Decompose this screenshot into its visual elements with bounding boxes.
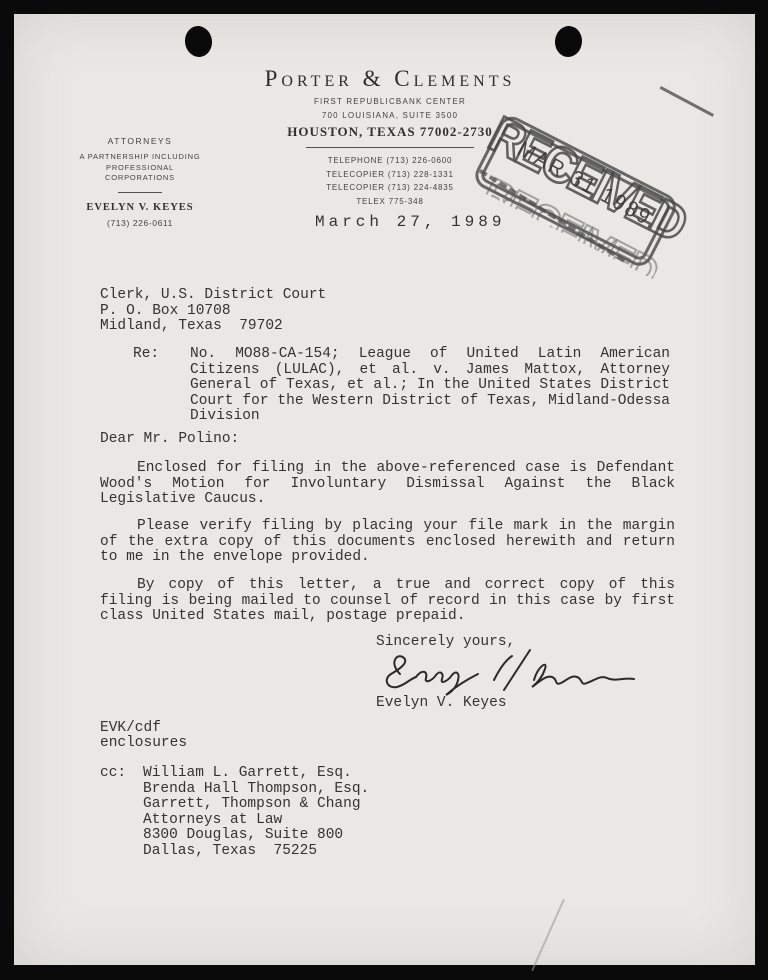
letterhead-divider bbox=[306, 147, 474, 148]
body-paragraph-1: Enclosed for filing in the above-referen… bbox=[100, 461, 675, 508]
cc-line: William L. Garrett, Esq. bbox=[143, 766, 369, 782]
letterhead-building: FIRST REPUBLICBANK CENTER bbox=[260, 97, 520, 106]
letter-date: March 27, 1989 bbox=[315, 215, 505, 231]
letterhead-street: 700 LOUISIANA, SUITE 3500 bbox=[260, 111, 520, 120]
recipient-line: Midland, Texas 79702 bbox=[100, 319, 326, 335]
punch-hole-left bbox=[183, 24, 214, 58]
cc-line: Dallas, Texas 75225 bbox=[143, 844, 369, 860]
body-paragraph-2: Please verify filing by placing your fil… bbox=[100, 519, 675, 566]
re-subject-text: No. MO88-CA-154; League of United Latin … bbox=[190, 347, 670, 425]
recipient-address: Clerk, U.S. District Court P. O. Box 107… bbox=[100, 288, 326, 335]
letterhead-left-block: ATTORNEYS A PARTNERSHIP INCLUDING PROFES… bbox=[70, 136, 210, 228]
cc-recipient-list: William L. Garrett, Esq. Brenda Hall Tho… bbox=[143, 766, 369, 859]
cc-line: Brenda Hall Thompson, Esq. bbox=[143, 782, 369, 798]
left-block-divider bbox=[118, 192, 162, 193]
salutation: Dear Mr. Polino: bbox=[100, 432, 239, 448]
cc-label: cc: bbox=[100, 766, 126, 782]
letter-page: Porter & Clements FIRST REPUBLICBANK CEN… bbox=[14, 14, 755, 965]
cc-line: Attorneys at Law bbox=[143, 813, 369, 829]
signer-typed-name: Evelyn V. Keyes bbox=[376, 696, 507, 712]
letterhead-telex: TELEX 775-348 bbox=[260, 195, 520, 209]
partnership-line-2: PROFESSIONAL CORPORATIONS bbox=[70, 163, 210, 183]
handwritten-signature bbox=[376, 646, 644, 698]
cc-line: 8300 Douglas, Suite 800 bbox=[143, 828, 369, 844]
stamp-solid-line bbox=[660, 86, 714, 117]
firm-name: Porter & Clements bbox=[260, 66, 520, 92]
paper-crease bbox=[531, 899, 564, 971]
attorney-name: EVELYN V. KEYES bbox=[70, 202, 210, 213]
punch-hole-right bbox=[553, 25, 583, 59]
cc-line: Garrett, Thompson & Chang bbox=[143, 797, 369, 813]
recipient-line: Clerk, U.S. District Court bbox=[100, 288, 326, 304]
letterhead-city: HOUSTON, TEXAS 77002-2730 bbox=[260, 124, 520, 140]
enclosures-line: enclosures bbox=[100, 736, 187, 752]
attorneys-label: ATTORNEYS bbox=[70, 136, 210, 146]
recipient-line: P. O. Box 10708 bbox=[100, 304, 326, 320]
attorney-phone: (713) 226-0611 bbox=[70, 218, 210, 228]
partnership-line-1: A PARTNERSHIP INCLUDING bbox=[70, 152, 210, 162]
re-label: Re: bbox=[133, 347, 159, 363]
body-paragraph-3: By copy of this letter, a true and corre… bbox=[100, 578, 675, 625]
